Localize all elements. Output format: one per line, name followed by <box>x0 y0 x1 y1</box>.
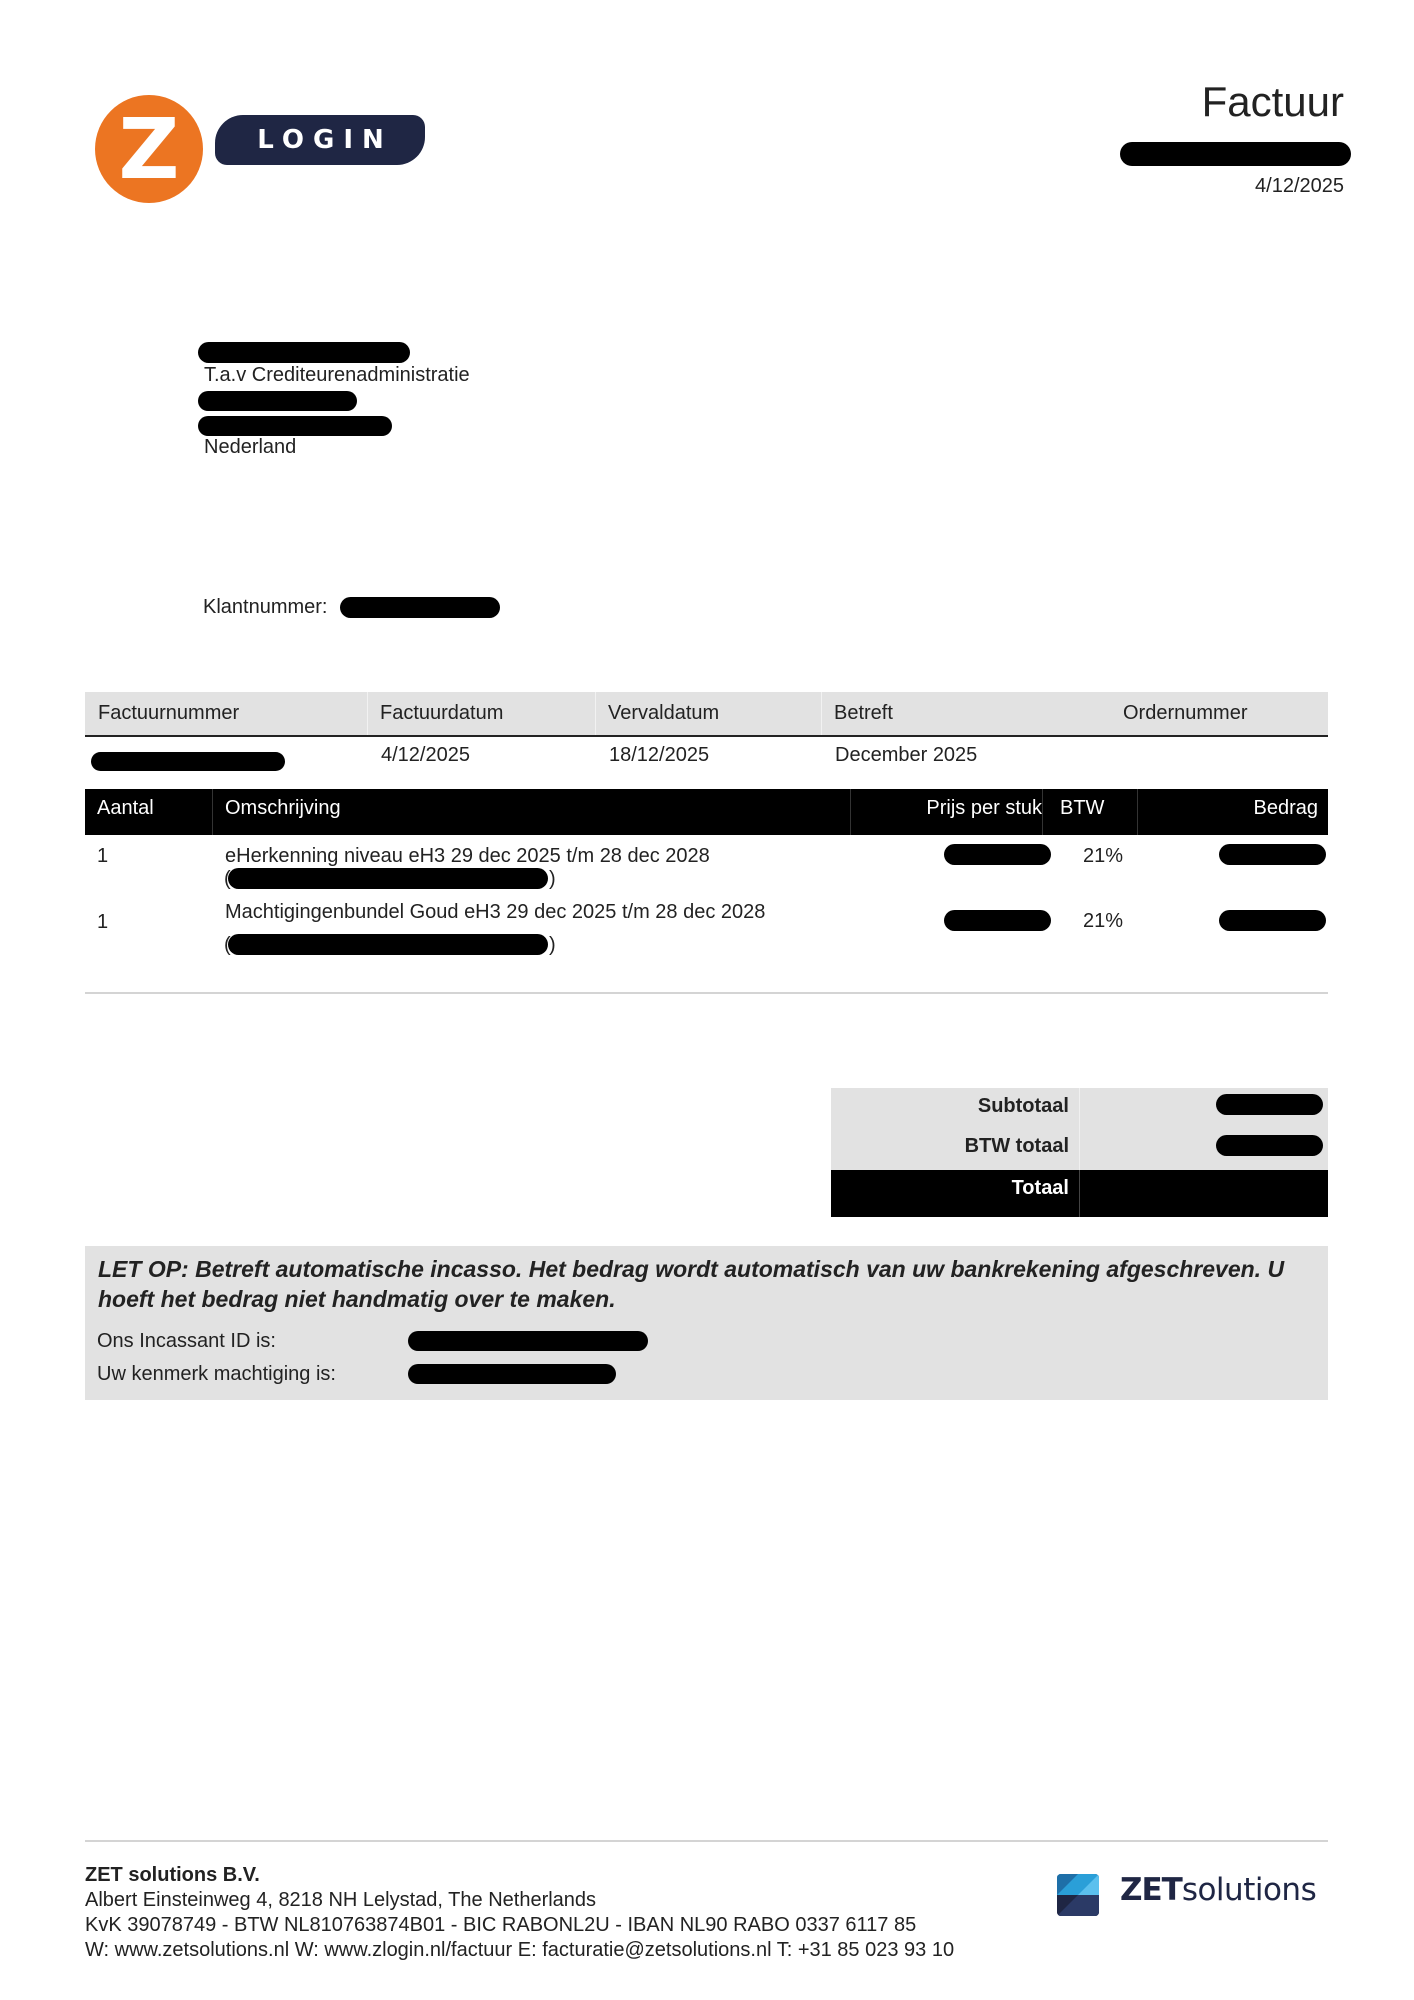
items-separator <box>85 992 1328 994</box>
meta-header-invoice-number: Factuurnummer <box>85 692 239 735</box>
item-2-close-paren: ) <box>549 934 556 957</box>
invoice-meta-header: Factuurnummer Factuurdatum Vervaldatum B… <box>85 692 1328 737</box>
address-country: Nederland <box>204 436 296 459</box>
item-2-description: Machtigingenbundel Goud eH3 29 dec 2025 … <box>225 901 765 924</box>
meta-subject: December 2025 <box>835 744 977 767</box>
zlogin-logo-wordmark: LOGIN <box>215 115 425 165</box>
total-label: Totaal <box>1012 1177 1069 1200</box>
address-attention: T.a.v Crediteurenadministratie <box>204 364 470 387</box>
footer-company: ZET solutions B.V. <box>85 1864 260 1887</box>
totals-box: Subtotaal BTW totaal Totaal <box>831 1088 1328 1217</box>
subtotal-label: Subtotaal <box>978 1095 1069 1118</box>
redacted-item-2-reference <box>228 934 548 955</box>
items-header-description: Omschrijving <box>225 789 341 835</box>
creditor-id-label: Ons Incassant ID is: <box>97 1330 276 1353</box>
zet-solutions-wordmark: ZETsolutions <box>1120 1872 1316 1908</box>
item-1-close-paren: ) <box>549 868 556 891</box>
redacted-customer-number <box>340 597 500 618</box>
direct-debit-notice: LET OP: Betreft automatische incasso. He… <box>85 1246 1328 1400</box>
item-2-vat: 21% <box>1083 910 1123 933</box>
footer-address: Albert Einsteinweg 4, 8218 NH Lelystad, … <box>85 1889 596 1912</box>
vat-total-label: BTW totaal <box>965 1135 1069 1158</box>
item-2-quantity: 1 <box>97 911 108 934</box>
redacted-vat-total <box>1216 1135 1323 1156</box>
customer-number-label: Klantnummer: <box>203 596 328 619</box>
meta-header-due-date: Vervaldatum <box>595 692 719 735</box>
footer-registration: KvK 39078749 - BTW NL810763874B01 - BIC … <box>85 1914 916 1937</box>
items-header-quantity: Aantal <box>97 789 154 835</box>
redacted-item-1-amount <box>1219 844 1326 865</box>
redacted-item-1-unit-price <box>944 844 1051 865</box>
redacted-subtotal <box>1216 1094 1323 1115</box>
items-header-unit-price: Prijs per stuk <box>926 789 1042 835</box>
item-1-description: eHerkenning niveau eH3 29 dec 2025 t/m 2… <box>225 845 710 868</box>
mandate-ref-label: Uw kenmerk machtiging is: <box>97 1363 336 1386</box>
redacted-company-name <box>198 342 410 363</box>
redacted-item-2-unit-price <box>944 910 1051 931</box>
items-table-header: Aantal Omschrijving Prijs per stuk BTW B… <box>85 789 1328 835</box>
redacted-invoice-number <box>1120 142 1351 166</box>
document-date: 4/12/2025 <box>1255 175 1344 198</box>
redacted-invoice-number-value <box>91 752 285 771</box>
redacted-mandate-ref <box>408 1364 616 1384</box>
redacted-creditor-id <box>408 1331 648 1351</box>
items-header-amount: Bedrag <box>1254 789 1319 835</box>
meta-due-date: 18/12/2025 <box>609 744 709 767</box>
meta-header-order-number: Ordernummer <box>1110 692 1247 735</box>
meta-header-subject: Betreft <box>821 692 893 735</box>
meta-invoice-date: 4/12/2025 <box>381 744 470 767</box>
notice-text: LET OP: Betreft automatische incasso. He… <box>98 1254 1298 1314</box>
zlogin-logo-z-icon: Z <box>95 95 203 203</box>
item-1-vat: 21% <box>1083 845 1123 868</box>
redacted-item-1-reference <box>228 868 548 889</box>
footer-contact: W: www.zetsolutions.nl W: www.zlogin.nl/… <box>85 1939 954 1962</box>
document-title: Factuur <box>1202 78 1344 126</box>
items-header-vat: BTW <box>1060 789 1104 835</box>
meta-header-invoice-date: Factuurdatum <box>367 692 503 735</box>
zet-solutions-logo-icon <box>1057 1874 1099 1916</box>
redacted-postal-city <box>198 416 392 436</box>
footer-separator <box>85 1840 1328 1842</box>
item-1-quantity: 1 <box>97 845 108 868</box>
redacted-item-2-amount <box>1219 910 1326 931</box>
redacted-street <box>198 391 357 411</box>
